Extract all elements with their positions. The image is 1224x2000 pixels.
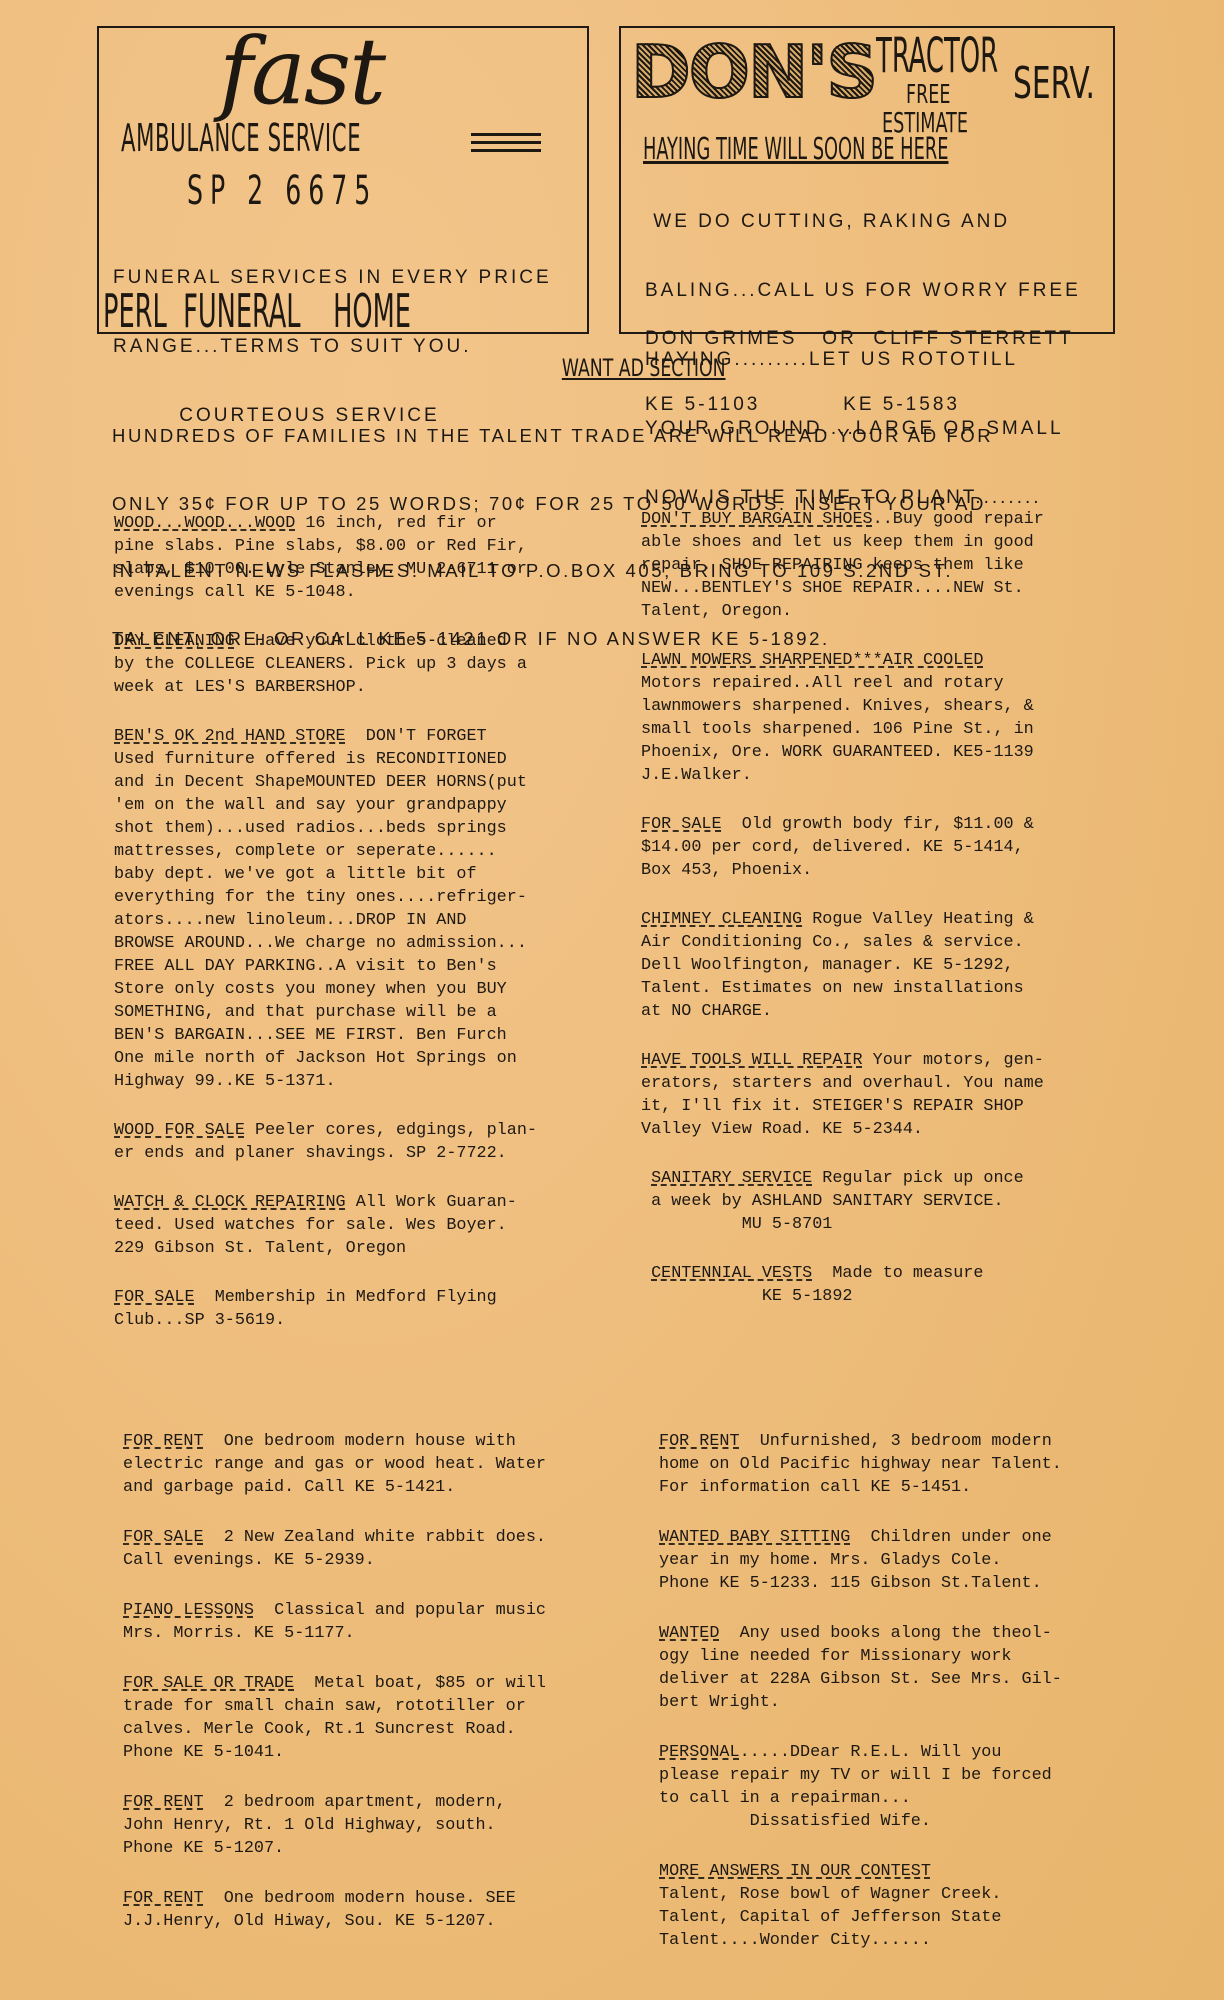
ad-heading: BEN'S OK 2nd HAND STORE <box>114 727 346 746</box>
ad-line: CENTENNIAL VESTS Made to measure <box>641 1262 1151 1285</box>
ad-line: PERSONAL.....DDear R.E.L. Will you <box>659 1741 1169 1764</box>
ad-heading: FOR SALE <box>123 1528 204 1547</box>
ad-heading: WOOD FOR SALE <box>114 1121 245 1140</box>
ad-line: erators, starters and overhaul. You name <box>641 1072 1151 1095</box>
ad-line: teed. Used watches for sale. Wes Boyer. <box>114 1214 624 1237</box>
classified-ad: FOR SALE Membership in Medford FlyingClu… <box>114 1286 624 1332</box>
ad-line: KE 5-1892 <box>641 1285 1151 1308</box>
want-ad-section-title: WANT AD SECTION <box>562 354 726 382</box>
classified-ad: WOOD...WOOD...WOOD 16 inch, red fir orpi… <box>114 512 624 604</box>
ad-heading: WATCH & CLOCK REPAIRING <box>114 1193 346 1212</box>
ad-line: small tools sharpened. 106 Pine St., in <box>641 718 1151 741</box>
ad-heading: MORE ANSWERS IN OUR CONTEST <box>659 1862 931 1881</box>
classified-ad: FOR SALE 2 New Zealand white rabbit does… <box>123 1526 633 1572</box>
ad-line: please repair my TV or will I be forced <box>659 1764 1169 1787</box>
tractor-label: TRACTOR <box>876 28 998 84</box>
ad-line: mattresses, complete or seperate...... <box>114 840 624 863</box>
ad-heading: PIANO LESSONS <box>123 1601 254 1620</box>
ad-line: Used furniture offered is RECONDITIONED <box>114 748 624 771</box>
ad-line: MU 5-8701 <box>641 1213 1151 1236</box>
ad-line: Talent, Oregon. <box>641 600 1151 623</box>
classified-ad: CHIMNEY CLEANING Rogue Valley Heating &A… <box>641 908 1151 1023</box>
ad-heading: WANTED BABY SITTING <box>659 1528 850 1547</box>
classified-ad: HAVE TOOLS WILL REPAIR Your motors, gen-… <box>641 1049 1151 1141</box>
ad-heading: FOR RENT <box>123 1793 204 1812</box>
ad-line: Club...SP 3-5619. <box>114 1309 624 1332</box>
ads-column-right-bottom: FOR RENT Unfurnished, 3 bedroom modernho… <box>659 1430 1169 1952</box>
ad-line: Talent, Rose bowl of Wagner Creek. <box>659 1883 1169 1906</box>
classified-ad: WANTED Any used books along the theol-og… <box>659 1622 1169 1714</box>
ad-line: Talent, Capital of Jefferson State <box>659 1906 1169 1929</box>
classified-ad: WATCH & CLOCK REPAIRING All Work Guaran-… <box>114 1191 624 1260</box>
ad-line: deliver at 228A Gibson St. See Mrs. Gil- <box>659 1668 1169 1691</box>
serv-label: SERV. <box>1013 58 1095 109</box>
ads-column-left-top: WOOD...WOOD...WOOD 16 inch, red fir orpi… <box>114 512 624 1332</box>
ad-line: Air Conditioning Co., sales & service. <box>641 931 1151 954</box>
ad-line: FOR SALE Membership in Medford Flying <box>114 1286 624 1309</box>
ambulance-title: AMBULANCE SERVICE <box>121 116 361 160</box>
ambulance-service-ad: fast AMBULANCE SERVICE SP 2 6675 FUNERAL… <box>97 26 589 334</box>
ad-heading: CENTENNIAL VESTS <box>651 1264 812 1283</box>
ad-line: FOR RENT One bedroom modern house. SEE <box>123 1887 633 1910</box>
ad-heading: WANTED <box>659 1624 719 1643</box>
ad-line: electric range and gas or wood heat. Wat… <box>123 1453 633 1476</box>
ad-line: CHIMNEY CLEANING Rogue Valley Heating & <box>641 908 1151 931</box>
ad-line: lawnmowers sharpened. Knives, shears, & <box>641 695 1151 718</box>
haying-headline: HAYING TIME WILL SOON BE HERE <box>643 132 948 167</box>
ad-line: FOR RENT One bedroom modern house with <box>123 1430 633 1453</box>
ad-line: J.J.Henry, Old Hiway, Sou. KE 5-1207. <box>123 1910 633 1933</box>
ad-line: WOOD...WOOD...WOOD 16 inch, red fir or <box>114 512 624 535</box>
ad-line: Dell Woolfington, manager. KE 5-1292, <box>641 954 1151 977</box>
dons-tractor-service-ad: DON'S TRACTOR SERV. FREE ESTIMATE HAYING… <box>619 26 1115 334</box>
ad-line: For information call KE 5-1451. <box>659 1476 1169 1499</box>
ad-line: NEW...BENTLEY'S SHOE REPAIR....NEW St. <box>641 577 1151 600</box>
ad-heading: FOR SALE <box>114 1288 195 1307</box>
ad-line: home on Old Pacific highway near Talent. <box>659 1453 1169 1476</box>
ad-line: Phone KE 5-1207. <box>123 1837 633 1860</box>
classified-ad: MORE ANSWERS IN OUR CONTESTTalent, Rose … <box>659 1860 1169 1952</box>
ad-line: LAWN MOWERS SHARPENED***AIR COOLED <box>641 649 1151 672</box>
ad-line: shot them)...used radios...beds springs <box>114 817 624 840</box>
ad-heading: FOR RENT <box>123 1889 204 1908</box>
ad-line: at NO CHARGE. <box>641 1000 1151 1023</box>
ad-line: DON'T BUY BARGAIN SHOES..Buy good repair <box>641 508 1151 531</box>
dons-logo: DON'S <box>631 30 876 114</box>
classified-ad: WANTED BABY SITTING Children under oneye… <box>659 1526 1169 1595</box>
ad-line: by the COLLEGE CLEANERS. Pick up 3 days … <box>114 653 624 676</box>
ads-column-right-top: DON'T BUY BARGAIN SHOES..Buy good repair… <box>641 508 1151 1308</box>
classified-ad: FOR RENT Unfurnished, 3 bedroom modernho… <box>659 1430 1169 1499</box>
classified-ad: BEN'S OK 2nd HAND STORE DON'T FORGETUsed… <box>114 725 624 1093</box>
ad-heading: PERSONAL <box>659 1743 740 1762</box>
ad-line: FOR RENT Unfurnished, 3 bedroom modern <box>659 1430 1169 1453</box>
ad-line: MORE ANSWERS IN OUR CONTEST <box>659 1860 1169 1883</box>
ad-heading: CHIMNEY CLEANING <box>641 910 802 929</box>
dash-lines-decoration <box>471 128 541 157</box>
classified-ad: SANITARY SERVICE Regular pick up once a … <box>641 1167 1151 1236</box>
body-line: WE DO CUTTING, RAKING AND <box>645 210 1081 233</box>
ad-heading: FOR RENT <box>123 1432 204 1451</box>
ad-heading: HAVE TOOLS WILL REPAIR <box>641 1051 863 1070</box>
ad-line: BROWSE AROUND...We charge no admission..… <box>114 932 624 955</box>
ad-line: trade for small chain saw, rototiller or <box>123 1695 633 1718</box>
ad-heading: FOR SALE <box>641 815 722 834</box>
ad-line: BEN'S BARGAIN...SEE ME FIRST. Ben Furch <box>114 1024 624 1047</box>
classified-ad: CENTENNIAL VESTS Made to measure KE 5-18… <box>641 1262 1151 1308</box>
contact-names: DON GRIMES OR CLIFF STERRETT <box>645 328 1074 350</box>
ad-line: Box 453, Phoenix. <box>641 859 1151 882</box>
ad-line: FOR SALE 2 New Zealand white rabbit does… <box>123 1526 633 1549</box>
ad-line: DRY CLEANING Have your clothes cleaned <box>114 630 624 653</box>
ad-line: er ends and planer shavings. SP 2-7722. <box>114 1142 624 1165</box>
ad-heading: WOOD...WOOD...WOOD <box>114 514 295 533</box>
ad-heading: DRY CLEANING <box>114 632 235 651</box>
ad-line: FREE ALL DAY PARKING..A visit to Ben's <box>114 955 624 978</box>
ad-line: WOOD FOR SALE Peeler cores, edgings, pla… <box>114 1119 624 1142</box>
ad-line: and garbage paid. Call KE 5-1421. <box>123 1476 633 1499</box>
ad-line: able shoes and let us keep them in good <box>641 531 1151 554</box>
classified-ad: FOR RENT One bedroom modern house. SEEJ.… <box>123 1887 633 1933</box>
ad-heading: FOR RENT <box>659 1432 740 1451</box>
ads-column-left-bottom: FOR RENT One bedroom modern house withel… <box>123 1430 633 1933</box>
ad-heading: FOR SALE OR TRADE <box>123 1674 294 1693</box>
ad-line: $14.00 per cord, delivered. KE 5-1414, <box>641 836 1151 859</box>
ad-line: pine slabs. Pine slabs, $8.00 or Red Fir… <box>114 535 624 558</box>
ad-line: FOR SALE OR TRADE Metal boat, $85 or wil… <box>123 1672 633 1695</box>
ad-line: week at LES'S BARBERSHOP. <box>114 676 624 699</box>
ad-line: One mile north of Jackson Hot Springs on <box>114 1047 624 1070</box>
ad-line: ators....new linoleum...DROP IN AND <box>114 909 624 932</box>
classified-ad: PERSONAL.....DDear R.E.L. Will youplease… <box>659 1741 1169 1833</box>
ad-line: Call evenings. KE 5-2939. <box>123 1549 633 1572</box>
ad-heading: LAWN MOWERS SHARPENED***AIR COOLED <box>641 651 983 670</box>
ad-line: and in Decent ShapeMOUNTED DEER HORNS(pu… <box>114 771 624 794</box>
ad-line: Mrs. Morris. KE 5-1177. <box>123 1622 633 1645</box>
classified-ad: PIANO LESSONS Classical and popular musi… <box>123 1599 633 1645</box>
ad-line: HAVE TOOLS WILL REPAIR Your motors, gen- <box>641 1049 1151 1072</box>
ad-line: slabs, $10.00. Lyle Stanley. MU 2-6711 o… <box>114 558 624 581</box>
ad-line: ogy line needed for Missionary work <box>659 1645 1169 1668</box>
ad-line: Phoenix, Ore. WORK GUARANTEED. KE5-1139 <box>641 741 1151 764</box>
ambulance-phone: SP 2 6675 <box>187 168 377 214</box>
ad-line: SANITARY SERVICE Regular pick up once <box>641 1167 1151 1190</box>
ad-line: BEN'S OK 2nd HAND STORE DON'T FORGET <box>114 725 624 748</box>
ad-line: Talent....Wonder City...... <box>659 1929 1169 1952</box>
ad-line: calves. Merle Cook, Rt.1 Suncrest Road. <box>123 1718 633 1741</box>
ad-line: Valley View Road. KE 5-2344. <box>641 1118 1151 1141</box>
ad-line: 229 Gibson St. Talent, Oregon <box>114 1237 624 1260</box>
ad-line: evenings call KE 5-1048. <box>114 581 624 604</box>
classified-ad: DON'T BUY BARGAIN SHOES..Buy good repair… <box>641 508 1151 623</box>
fast-script-text: fast <box>219 18 384 125</box>
ad-line: FOR RENT 2 bedroom apartment, modern, <box>123 1791 633 1814</box>
ad-line: J.E.Walker. <box>641 764 1151 787</box>
classified-ad: DRY CLEANING Have your clothes cleanedby… <box>114 630 624 699</box>
ad-line: Highway 99..KE 5-1371. <box>114 1070 624 1093</box>
ad-line: baby dept. we've got a little bit of <box>114 863 624 886</box>
ad-line: Phone KE 5-1041. <box>123 1741 633 1764</box>
classified-ad: FOR SALE Old growth body fir, $11.00 &$1… <box>641 813 1151 882</box>
funeral-home-name: PERL FUNERAL HOME <box>103 284 411 338</box>
classified-ad: FOR RENT 2 bedroom apartment, modern,Joh… <box>123 1791 633 1860</box>
ad-line: to call in a repairman... <box>659 1787 1169 1810</box>
ad-line: repair. SHOE REPAIRING keeps them like <box>641 554 1151 577</box>
ad-line: a week by ASHLAND SANITARY SERVICE. <box>641 1190 1151 1213</box>
ad-line: Phone KE 5-1233. 115 Gibson St.Talent. <box>659 1572 1169 1595</box>
intro-line: HUNDREDS OF FAMILIES IN THE TALENT TRADE… <box>112 425 1112 448</box>
ad-line: PIANO LESSONS Classical and popular musi… <box>123 1599 633 1622</box>
body-line: RANGE...TERMS TO SUIT YOU. <box>113 335 552 358</box>
ad-heading: SANITARY SERVICE <box>651 1169 812 1188</box>
ad-line: everything for the tiny ones....refriger… <box>114 886 624 909</box>
classified-ad: LAWN MOWERS SHARPENED***AIR COOLEDMotors… <box>641 649 1151 787</box>
classified-ad: FOR SALE OR TRADE Metal boat, $85 or wil… <box>123 1672 633 1764</box>
ad-line: Motors repaired..All reel and rotary <box>641 672 1151 695</box>
ad-line: Dissatisfied Wife. <box>659 1810 1169 1833</box>
ad-line: WATCH & CLOCK REPAIRING All Work Guaran- <box>114 1191 624 1214</box>
ad-line: Talent. Estimates on new installations <box>641 977 1151 1000</box>
classified-ad: FOR RENT One bedroom modern house withel… <box>123 1430 633 1499</box>
ad-line: FOR SALE Old growth body fir, $11.00 & <box>641 813 1151 836</box>
ad-heading: DON'T BUY BARGAIN SHOES <box>641 510 873 529</box>
ad-line: it, I'll fix it. STEIGER'S REPAIR SHOP <box>641 1095 1151 1118</box>
ad-line: 'em on the wall and say your grandpappy <box>114 794 624 817</box>
ad-line: year in my home. Mrs. Gladys Cole. <box>659 1549 1169 1572</box>
ad-line: WANTED Any used books along the theol- <box>659 1622 1169 1645</box>
ad-line: SOMETHING, and that purchase will be a <box>114 1001 624 1024</box>
ad-line: Store only costs you money when you BUY <box>114 978 624 1001</box>
ad-line: John Henry, Rt. 1 Old Highway, south. <box>123 1814 633 1837</box>
ad-line: bert Wright. <box>659 1691 1169 1714</box>
ad-line: WANTED BABY SITTING Children under one <box>659 1526 1169 1549</box>
classified-ad: WOOD FOR SALE Peeler cores, edgings, pla… <box>114 1119 624 1165</box>
